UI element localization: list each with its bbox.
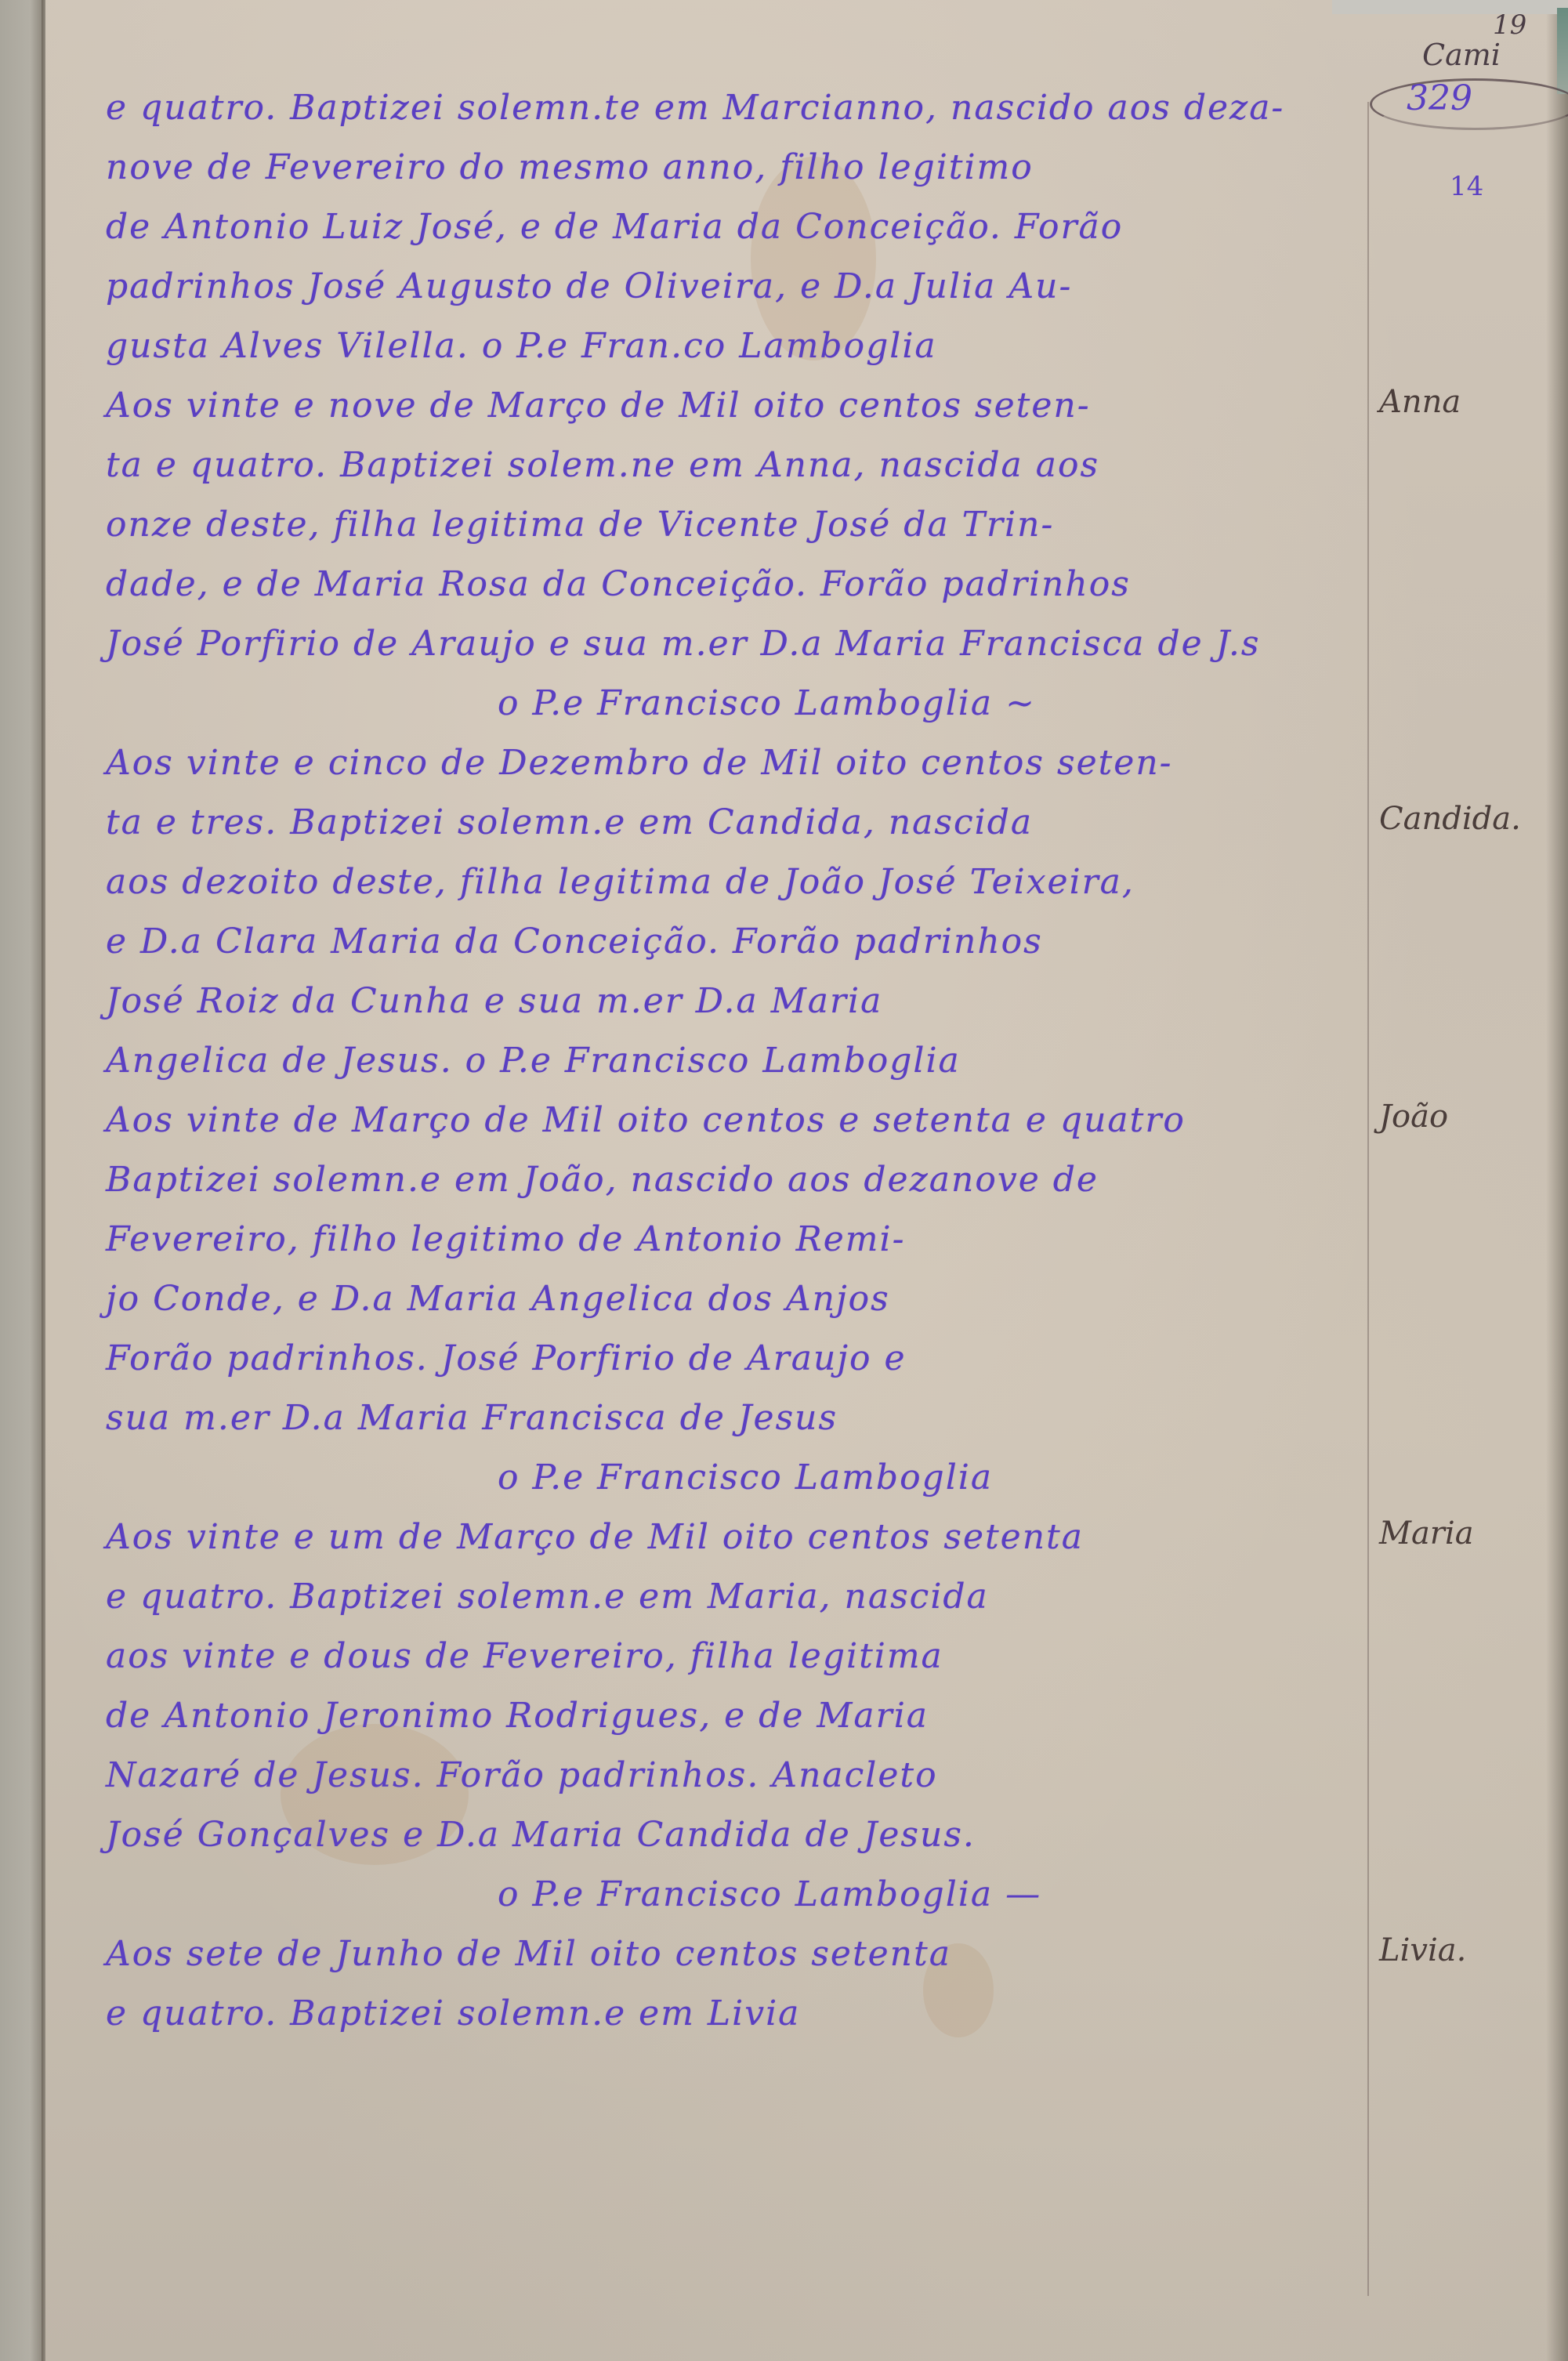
folio-lower-number: 14 [1450, 171, 1483, 202]
register-line: Angelica de Jesus. o P.e Francisco Lambo… [106, 1031, 1360, 1091]
register-line: e quatro. Baptizei solemn.te em Marciann… [106, 78, 1360, 138]
register-line: Fevereiro, filho legitimo de Antonio Rem… [106, 1210, 1360, 1269]
margin-name-entry: Anna [1379, 384, 1461, 420]
register-line: dade, e de Maria Rosa da Conceição. Forã… [106, 555, 1360, 614]
register-line: José Porfirio de Araujo e sua m.er D.a M… [106, 614, 1360, 674]
margin-name-entry: Maria [1379, 1515, 1474, 1552]
register-line: aos vinte e dous de Fevereiro, filha leg… [106, 1627, 1360, 1686]
register-line: e quatro. Baptizei solemn.e em Livia [106, 1984, 1360, 2044]
register-line: sua m.er D.a Maria Francisca de Jesus [106, 1389, 1360, 1448]
register-line: Aos vinte e cinco de Dezembro de Mil oit… [106, 733, 1360, 793]
register-line: padrinhos José Augusto de Oliveira, e D.… [106, 257, 1360, 317]
register-line: José Gonçalves e D.a Maria Candida de Je… [106, 1805, 1360, 1865]
register-line: e quatro. Baptizei solemn.e em Maria, na… [106, 1567, 1360, 1627]
register-line: Forão padrinhos. José Porfirio de Araujo… [106, 1329, 1360, 1389]
register-body-text: e quatro. Baptizei solemn.te em Marciann… [106, 78, 1360, 2044]
register-line: e D.a Clara Maria da Conceição. Forão pa… [106, 912, 1360, 972]
register-line: Aos vinte e nove de Março de Mil oito ce… [106, 376, 1360, 436]
priest-signature: o P.e Francisco Lamboglia — [106, 1865, 1360, 1925]
register-line: Baptizei solemn.e em João, nascido aos d… [106, 1150, 1360, 1210]
margin-name-entry: Candida. [1379, 801, 1521, 837]
page-right-edge [1546, 0, 1568, 2361]
register-line: jo Conde, e D.a Maria Angelica dos Anjos [106, 1269, 1360, 1329]
folio-top-number: 19 [1493, 9, 1526, 41]
register-line: Nazaré de Jesus. Forão padrinhos. Anacle… [106, 1746, 1360, 1805]
margin-name-entry: João [1379, 1099, 1448, 1135]
folio-label: Cami [1422, 38, 1501, 72]
adjacent-page-edge [0, 0, 43, 2361]
register-line: José Roiz da Cunha e sua m.er D.a Maria [106, 972, 1360, 1031]
priest-signature: o P.e Francisco Lamboglia ~ [106, 674, 1360, 733]
register-line: Aos vinte de Março de Mil oito centos e … [106, 1091, 1360, 1150]
folio-annotation: 19 Cami 329 14 [1332, 0, 1567, 219]
register-line: ta e quatro. Baptizei solem.ne em Anna, … [106, 436, 1360, 495]
folio-number: 329 [1407, 78, 1472, 118]
register-line: Aos vinte e um de Março de Mil oito cent… [106, 1508, 1360, 1567]
margin-name-entry: Livia. [1379, 1932, 1466, 1968]
register-line: Aos sete de Junho de Mil oito centos set… [106, 1925, 1360, 1984]
priest-signature: o P.e Francisco Lamboglia [106, 1448, 1360, 1508]
register-line: de Antonio Jeronimo Rodrigues, e de Mari… [106, 1686, 1360, 1746]
register-line: onze deste, filha legitima de Vicente Jo… [106, 495, 1360, 555]
register-line: gusta Alves Vilella. o P.e Fran.co Lambo… [106, 317, 1360, 376]
register-line: nove de Fevereiro do mesmo anno, filho l… [106, 138, 1360, 197]
register-line: ta e tres. Baptizei solemn.e em Candida,… [106, 793, 1360, 853]
margin-rule-line [1367, 102, 1369, 2296]
register-line: aos dezoito deste, filha legitima de Joã… [106, 853, 1360, 912]
register-line: de Antonio Luiz José, e de Maria da Conc… [106, 197, 1360, 257]
